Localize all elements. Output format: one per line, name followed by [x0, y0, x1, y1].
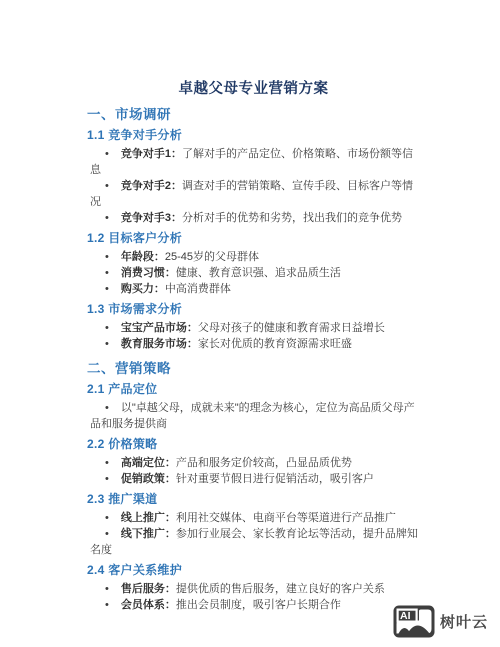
bullet-label: 购买力： [121, 283, 165, 295]
bullet-label: 竞争对手1： [121, 148, 182, 160]
bullet-item: •线下推广：参加行业展会、家长教育论坛等活动，提升品牌知名度 [87, 526, 420, 558]
brand-watermark: AI 树叶云 [393, 605, 488, 638]
bullet-label: 高端定位： [121, 457, 176, 469]
section-heading: 一、市场调研 [87, 106, 420, 123]
bullet-icon: • [105, 249, 109, 265]
subsection-heading: 1.1 竞争对手分析 [87, 128, 420, 143]
bullet-text: 父母对孩子的健康和教育需求日益增长 [198, 322, 385, 334]
bullet-text: 针对重要节假日进行促销活动，吸引客户 [176, 473, 374, 485]
bullet-item: •竞争对手1：了解对手的产品定位、价格策略、市场份额等信息 [87, 146, 420, 178]
bullet-icon: • [105, 265, 109, 281]
bullet-text: 中高消费群体 [165, 283, 231, 295]
bullet-label: 竞争对手3： [121, 212, 182, 224]
bullet-icon: • [105, 597, 109, 613]
document-title: 卓越父母专业营销方案 [87, 80, 420, 98]
bullet-icon: • [105, 210, 109, 226]
bullet-text: 产品和服务定价较高，凸显品质优势 [176, 457, 352, 469]
bullet-icon: • [105, 581, 109, 597]
bullet-item: •以"卓越父母，成就未来"的理念为核心，定位为高品质父母产品和服务提供商 [87, 400, 420, 432]
subsection-heading: 2.3 推广渠道 [87, 492, 420, 507]
bullet-label: 教育服务市场： [121, 338, 198, 350]
bullet-item: •消费习惯：健康、教育意识强、追求品质生活 [87, 265, 420, 281]
bullet-label: 会员体系： [121, 599, 176, 611]
bullet-text: 以"卓越父母，成就未来"的理念为核心，定位为高品质父母产品和服务提供商 [90, 402, 415, 430]
bullet-icon: • [105, 281, 109, 297]
bullet-icon: • [105, 146, 109, 162]
section-heading: 二、营销策略 [87, 360, 420, 377]
bullet-label: 竞争对手2： [121, 180, 182, 192]
bullet-label: 宝宝产品市场： [121, 322, 198, 334]
bullet-icon: • [105, 400, 109, 416]
subsection-heading: 1.3 市场需求分析 [87, 302, 420, 317]
bullet-icon: • [105, 455, 109, 471]
bullet-label: 线下推广： [121, 528, 176, 540]
subsection-heading: 2.2 价格策略 [87, 437, 420, 452]
bullet-item: •教育服务市场：家长对优质的教育资源需求旺盛 [87, 336, 420, 352]
bullet-label: 消费习惯： [121, 267, 176, 279]
bullet-item: •竞争对手3：分析对手的优势和劣势，找出我们的竞争优势 [87, 210, 420, 226]
bullet-item: •购买力：中高消费群体 [87, 281, 420, 297]
subsection-heading: 2.1 产品定位 [87, 382, 420, 397]
subsection-heading: 1.2 目标客户分析 [87, 231, 420, 246]
document-body: 一、市场调研1.1 竞争对手分析•竞争对手1：了解对手的产品定位、价格策略、市场… [87, 106, 420, 613]
document-page: 卓越父母专业营销方案 一、市场调研1.1 竞争对手分析•竞争对手1：了解对手的产… [0, 0, 500, 647]
bullet-label: 年龄段： [121, 251, 165, 263]
bullet-icon: • [105, 510, 109, 526]
bullet-item: •宝宝产品市场：父母对孩子的健康和教育需求日益增长 [87, 320, 420, 336]
ai-image-logo-icon: AI [393, 605, 435, 638]
bullet-item: •线上推广：利用社交媒体、电商平台等渠道进行产品推广 [87, 510, 420, 526]
bullet-text: 推出会员制度，吸引客户长期合作 [176, 599, 341, 611]
bullet-text: 提供优质的售后服务，建立良好的客户关系 [176, 583, 385, 595]
bullet-icon: • [105, 320, 109, 336]
bullet-label: 售后服务： [121, 583, 176, 595]
bullet-text: 分析对手的优势和劣势，找出我们的竞争优势 [182, 212, 402, 224]
bullet-item: •售后服务：提供优质的售后服务，建立良好的客户关系 [87, 581, 420, 597]
bullet-icon: • [105, 526, 109, 542]
bullet-icon: • [105, 336, 109, 352]
bullet-icon: • [105, 178, 109, 194]
bullet-text: 家长对优质的教育资源需求旺盛 [198, 338, 352, 350]
bullet-text: 利用社交媒体、电商平台等渠道进行产品推广 [176, 512, 396, 524]
bullet-item: •促销政策：针对重要节假日进行促销活动，吸引客户 [87, 471, 420, 487]
bullet-icon: • [105, 471, 109, 487]
bullet-item: •高端定位：产品和服务定价较高，凸显品质优势 [87, 455, 420, 471]
bullet-item: •年龄段：25-45岁的父母群体 [87, 249, 420, 265]
bullet-label: 线上推广： [121, 512, 176, 524]
bullet-text: 25-45岁的父母群体 [165, 251, 259, 263]
bullet-item: •会员体系：推出会员制度，吸引客户长期合作 [87, 597, 420, 613]
bullet-item: •竞争对手2：调查对手的营销策略、宣传手段、目标客户等情况 [87, 178, 420, 210]
bullet-label: 促销政策： [121, 473, 176, 485]
brand-name: 树叶云 [440, 611, 488, 632]
subsection-heading: 2.4 客户关系维护 [87, 563, 420, 578]
ai-logo-text: AI [400, 610, 411, 622]
bullet-text: 健康、教育意识强、追求品质生活 [176, 267, 341, 279]
